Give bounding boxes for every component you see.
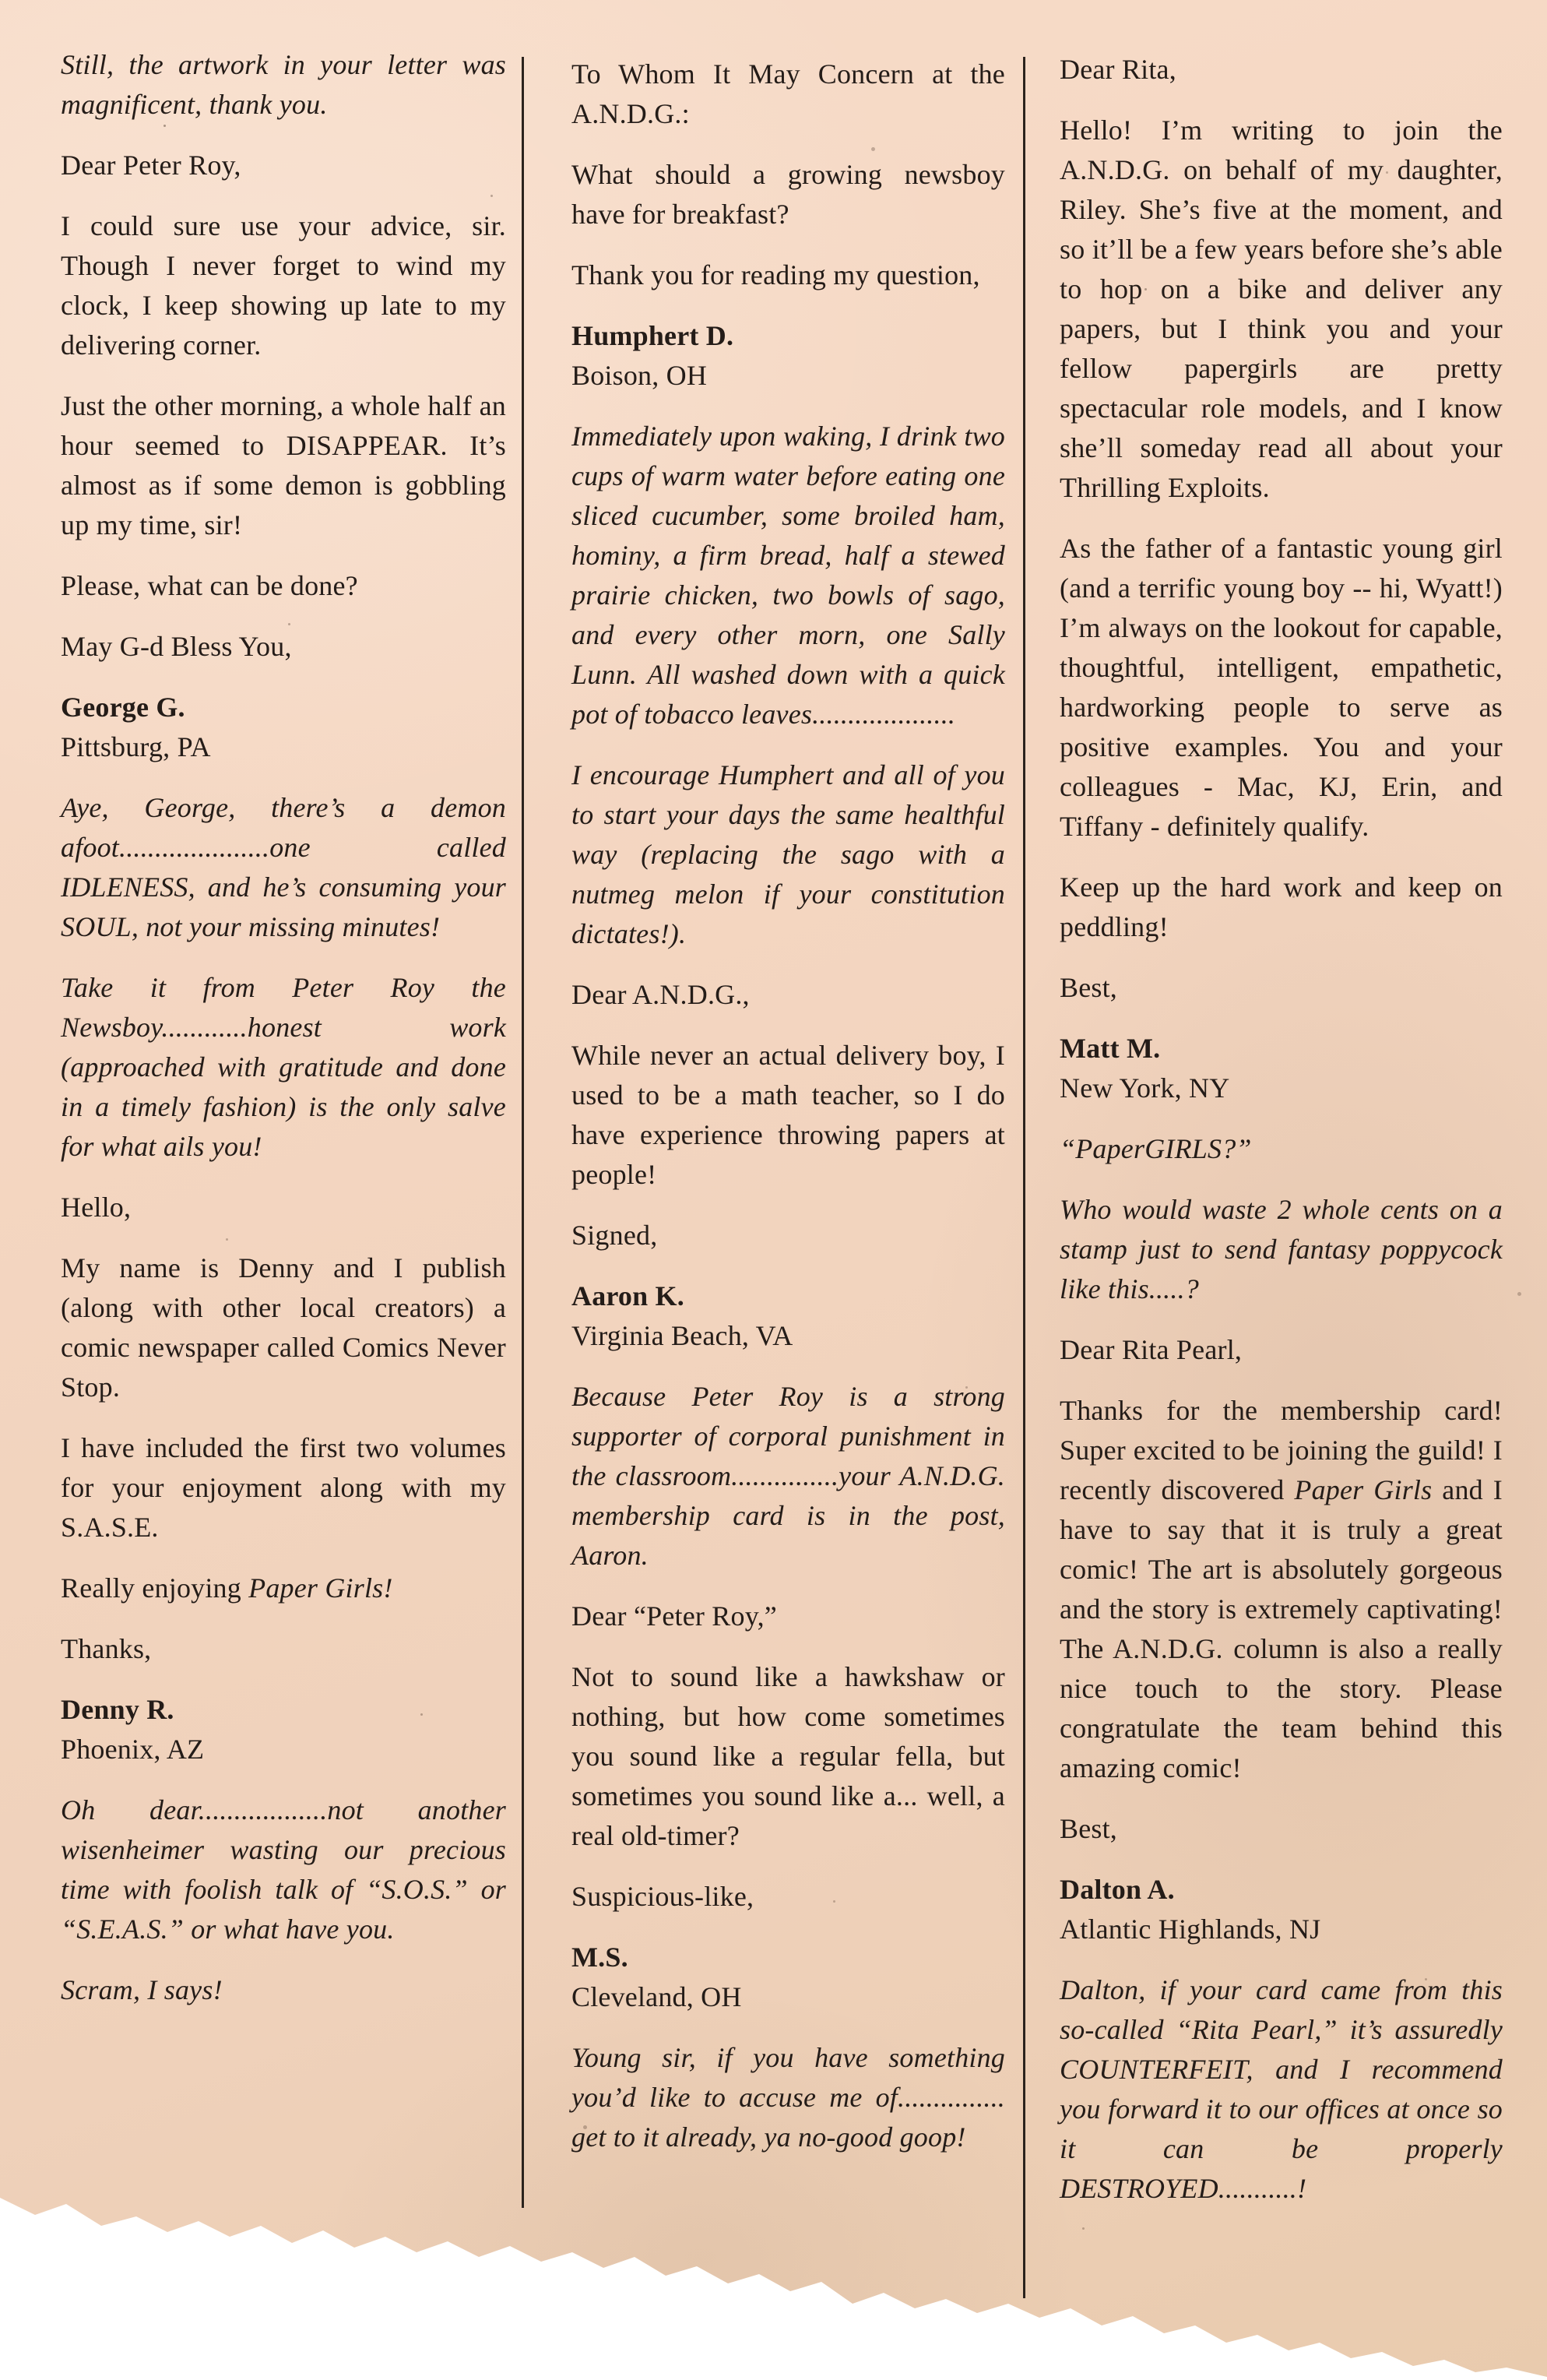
paragraph: Thanks for the membership card! Super ex… <box>1060 1391 1503 1788</box>
paragraph: Hello, <box>61 1188 506 1227</box>
text-segment: May G-d Bless You, <box>61 631 292 662</box>
paragraph: Dear Peter Roy, <box>61 146 506 185</box>
signature-name: Humphert D. <box>571 320 733 351</box>
paper-speckles <box>163 125 166 127</box>
paragraph: Dalton, if your card came from this so-c… <box>1060 1970 1503 2209</box>
column-3: Dear Rita,Hello! I’m writing to join the… <box>1060 50 1503 2230</box>
signature-location: Phoenix, AZ <box>61 1734 204 1765</box>
paragraph: Take it from Peter Roy the Newsboy......… <box>61 968 506 1167</box>
paragraph: Best, <box>1060 1809 1503 1849</box>
text-segment: Just the other morning, a whole half an … <box>61 390 506 540</box>
text-segment: I could sure use your advice, sir. Thoug… <box>61 210 506 361</box>
signature-location: Atlantic Highlands, NJ <box>1060 1914 1320 1945</box>
paragraph: To Whom It May Concern at the A.N.D.G.: <box>571 55 1005 134</box>
text-segment: Paper Girls <box>1294 1474 1432 1505</box>
text-segment: Oh dear..................not another wis… <box>61 1794 506 1945</box>
text-segment: Signed, <box>571 1220 657 1251</box>
column-2: To Whom It May Concern at the A.N.D.G.:W… <box>571 55 1005 2178</box>
signature-name: Aaron K. <box>571 1280 684 1311</box>
signature-location: New York, NY <box>1060 1072 1229 1104</box>
paragraph: Just the other morning, a whole half an … <box>61 386 506 545</box>
text-segment: Take it from Peter Roy the Newsboy......… <box>61 972 506 1162</box>
paragraph: I encourage Humphert and all of you to s… <box>571 755 1005 954</box>
paragraph: Keep up the hard work and keep on peddli… <box>1060 868 1503 947</box>
text-segment: Keep up the hard work and keep on peddli… <box>1060 871 1503 942</box>
column-divider-left <box>522 57 524 2208</box>
paragraph: Because Peter Roy is a strong supporter … <box>571 1377 1005 1576</box>
signature: M.S.Cleveland, OH <box>571 1938 1005 2017</box>
text-segment: Hello! I’m writing to join the A.N.D.G. … <box>1060 114 1503 503</box>
text-segment: Dalton, if your card came from this so-c… <box>1060 1974 1503 2204</box>
paragraph: Thank you for reading my question, <box>571 255 1005 295</box>
text-segment: Scram, I says! <box>61 1974 223 2005</box>
paragraph: Hello! I’m writing to join the A.N.D.G. … <box>1060 111 1503 508</box>
text-segment: Dear Peter Roy, <box>61 150 241 181</box>
paragraph: As the father of a fantastic young girl … <box>1060 529 1503 847</box>
signature-name: Dalton A. <box>1060 1874 1175 1905</box>
signature-location: Boison, OH <box>571 360 707 391</box>
text-segment: Dear “Peter Roy,” <box>571 1600 777 1632</box>
text-segment: I have included the first two volumes fo… <box>61 1432 506 1543</box>
paragraph: Still, the artwork in your letter was ma… <box>61 45 506 125</box>
paragraph: Aye, George, there’s a demon afoot......… <box>61 788 506 947</box>
text-segment: Paper Girls! <box>248 1572 392 1604</box>
text-segment: Suspicious-like, <box>571 1881 754 1912</box>
paragraph: Dear A.N.D.G., <box>571 975 1005 1015</box>
text-segment: Best, <box>1060 1813 1117 1844</box>
text-segment: Still, the artwork in your letter was ma… <box>61 49 506 120</box>
signature-name: Denny R. <box>61 1694 174 1725</box>
paragraph: Not to sound like a hawkshaw or nothing,… <box>571 1657 1005 1856</box>
column-divider-right <box>1023 57 1025 2298</box>
paragraph: Dear “Peter Roy,” <box>571 1597 1005 1636</box>
paragraph: Thanks, <box>61 1629 506 1669</box>
text-segment: Dear Rita Pearl, <box>1060 1334 1242 1365</box>
text-segment: Thank you for reading my question, <box>571 259 980 290</box>
paragraph: Dear Rita, <box>1060 50 1503 90</box>
paragraph: Suspicious-like, <box>571 1877 1005 1917</box>
text-segment: What should a growing newsboy have for b… <box>571 159 1005 230</box>
text-segment: Immediately upon waking, I drink two cup… <box>571 421 1005 730</box>
text-segment: I encourage Humphert and all of you to s… <box>571 759 1005 949</box>
paragraph: I have included the first two volumes fo… <box>61 1428 506 1547</box>
signature: Aaron K.Virginia Beach, VA <box>571 1276 1005 1356</box>
text-segment: Thanks, <box>61 1633 151 1664</box>
text-segment: Dear Rita, <box>1060 54 1176 85</box>
signature-location: Virginia Beach, VA <box>571 1320 793 1351</box>
text-segment: As the father of a fantastic young girl … <box>1060 533 1503 842</box>
text-segment: To Whom It May Concern at the A.N.D.G.: <box>571 58 1005 129</box>
text-segment: Not to sound like a hawkshaw or nothing,… <box>571 1661 1005 1851</box>
signature: Matt M.New York, NY <box>1060 1029 1503 1108</box>
letters-page: Still, the artwork in your letter was ma… <box>0 0 1547 2380</box>
signature-location: Pittsburg, PA <box>61 731 211 762</box>
paragraph: May G-d Bless You, <box>61 627 506 667</box>
paragraph: Dear Rita Pearl, <box>1060 1330 1503 1370</box>
text-segment: While never an actual delivery boy, I us… <box>571 1040 1005 1190</box>
column-1: Still, the artwork in your letter was ma… <box>61 45 506 2031</box>
signature: Humphert D.Boison, OH <box>571 316 1005 396</box>
text-segment: “PaperGIRLS?” <box>1060 1133 1252 1164</box>
text-segment: Dear A.N.D.G., <box>571 979 750 1010</box>
text-segment: My name is Denny and I publish (along wi… <box>61 1252 506 1403</box>
paragraph: Signed, <box>571 1216 1005 1255</box>
paragraph: My name is Denny and I publish (along wi… <box>61 1248 506 1407</box>
text-segment: Really enjoying <box>61 1572 248 1604</box>
text-segment: Best, <box>1060 972 1117 1003</box>
signature-name: M.S. <box>571 1942 628 1973</box>
paragraph: Oh dear..................not another wis… <box>61 1790 506 1949</box>
paragraph: Best, <box>1060 968 1503 1008</box>
text-segment: Aye, George, there’s a demon afoot......… <box>61 792 506 942</box>
paragraph: Young sir, if you have something you’d l… <box>571 2038 1005 2157</box>
signature-name: George G. <box>61 692 185 723</box>
paragraph: “PaperGIRLS?” <box>1060 1129 1503 1169</box>
paragraph: Who would waste 2 whole cents on a stamp… <box>1060 1190 1503 1309</box>
signature: George G.Pittsburg, PA <box>61 688 506 767</box>
signature: Denny R.Phoenix, AZ <box>61 1690 506 1769</box>
signature-location: Cleveland, OH <box>571 1981 742 2012</box>
paragraph: Scram, I says! <box>61 1970 506 2010</box>
paragraph: I could sure use your advice, sir. Thoug… <box>61 206 506 365</box>
text-segment: Young sir, if you have something you’d l… <box>571 2042 1005 2153</box>
signature: Dalton A.Atlantic Highlands, NJ <box>1060 1870 1503 1949</box>
text-segment: Because Peter Roy is a strong supporter … <box>571 1381 1005 1571</box>
paragraph: What should a growing newsboy have for b… <box>571 155 1005 234</box>
text-segment: Who would waste 2 whole cents on a stamp… <box>1060 1194 1503 1304</box>
signature-name: Matt M. <box>1060 1033 1160 1064</box>
text-segment: and I have to say that it is truly a gre… <box>1060 1474 1503 1783</box>
paragraph: While never an actual delivery boy, I us… <box>571 1036 1005 1195</box>
paragraph: Please, what can be done? <box>61 566 506 606</box>
text-segment: Hello, <box>61 1192 131 1223</box>
paragraph: Really enjoying Paper Girls! <box>61 1568 506 1608</box>
text-segment: Please, what can be done? <box>61 570 358 601</box>
paragraph: Immediately upon waking, I drink two cup… <box>571 417 1005 734</box>
